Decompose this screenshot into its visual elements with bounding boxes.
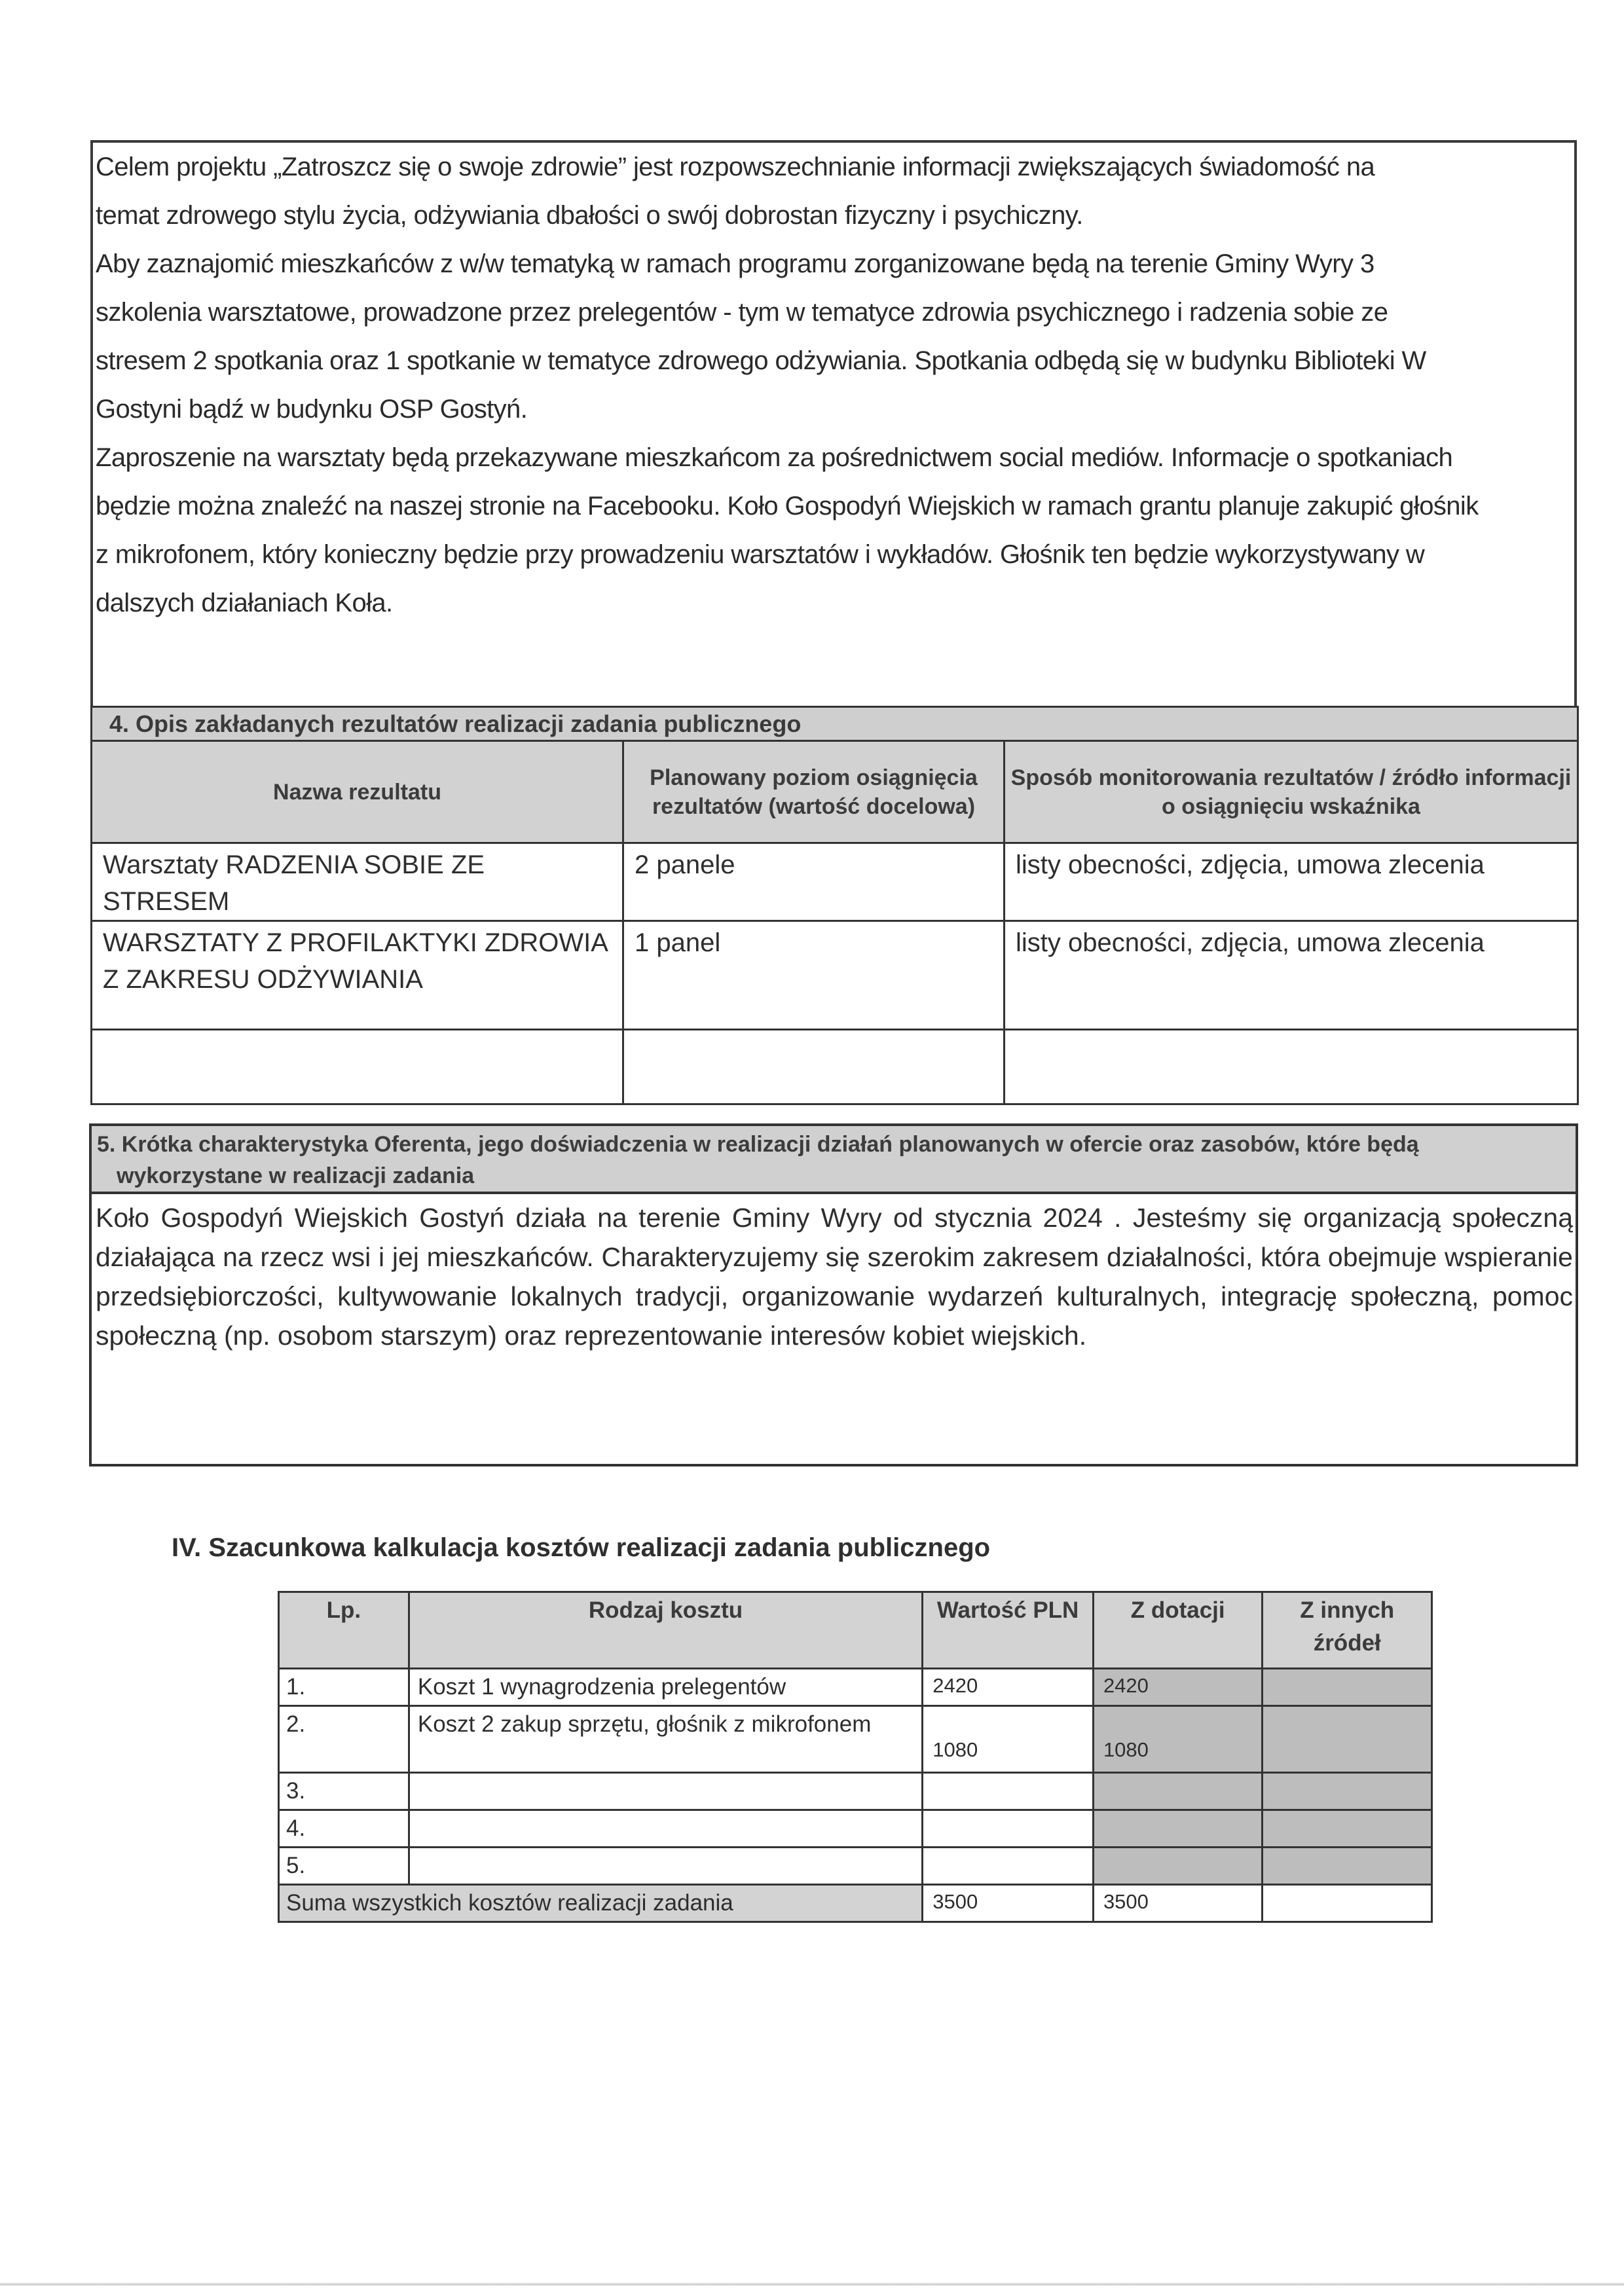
cost-grant bbox=[1093, 1810, 1263, 1848]
result-name bbox=[92, 1030, 623, 1104]
section-5-title-line1: 5. Krótka charakterystyka Oferenta, jego… bbox=[97, 1132, 1419, 1157]
table-row: 4. bbox=[279, 1810, 1432, 1848]
description-line: stresem 2 spotkania oraz 1 spotkanie w t… bbox=[93, 337, 1574, 385]
cost-section-title: IV. Szacunkowa kalkulacja kosztów realiz… bbox=[172, 1533, 990, 1563]
total-label: Suma wszystkich kosztów realizacji zadan… bbox=[279, 1885, 923, 1922]
cost-grant bbox=[1093, 1848, 1263, 1885]
cost-grant: 1080 bbox=[1093, 1706, 1263, 1773]
header-other-sources: Z innych źródeł bbox=[1263, 1592, 1432, 1669]
section-4-title: 4. Opis zakładanych rezultatów realizacj… bbox=[92, 707, 1578, 741]
cost-type: Koszt 2 zakup sprzętu, głośnik z mikrofo… bbox=[409, 1706, 922, 1773]
description-line: będzie można znaleźć na naszej stronie n… bbox=[93, 482, 1574, 530]
cost-value: 1080 bbox=[923, 1706, 1094, 1773]
cost-table: Lp. Rodzaj kosztu Wartość PLN Z dotacji … bbox=[278, 1591, 1433, 1923]
cost-lp: 3. bbox=[279, 1773, 409, 1810]
cost-lp: 2. bbox=[279, 1706, 409, 1773]
result-level: 1 panel bbox=[623, 921, 1005, 1030]
result-monitoring: listy obecności, zdjęcia, umowa zlecenia bbox=[1005, 843, 1578, 921]
results-table: 4. Opis zakładanych rezultatów realizacj… bbox=[90, 706, 1579, 1105]
result-monitoring: listy obecności, zdjęcia, umowa zlecenia bbox=[1005, 921, 1578, 1030]
cost-other bbox=[1263, 1773, 1432, 1810]
cost-lp: 4. bbox=[279, 1810, 409, 1848]
header-result-name: Nazwa rezultatu bbox=[92, 741, 623, 843]
result-monitoring bbox=[1005, 1030, 1578, 1104]
result-level bbox=[623, 1030, 1005, 1104]
cost-other bbox=[1263, 1848, 1432, 1885]
section-5-title-line2: wykorzystane w realizacji zadania bbox=[97, 1160, 1576, 1192]
header-cost-type: Rodzaj kosztu bbox=[409, 1592, 922, 1669]
cost-lp: 5. bbox=[279, 1848, 409, 1885]
cost-type bbox=[409, 1810, 922, 1848]
description-line: dalszych działaniach Koła. bbox=[93, 579, 1574, 627]
cost-value: 2420 bbox=[923, 1669, 1094, 1706]
section-5-title: 5. Krótka charakterystyka Oferenta, jego… bbox=[92, 1126, 1576, 1194]
description-line: z mikrofonem, który konieczny będzie prz… bbox=[93, 530, 1574, 579]
header-lp: Lp. bbox=[279, 1592, 409, 1669]
table-row: 3. bbox=[279, 1773, 1432, 1810]
cost-value bbox=[923, 1810, 1094, 1848]
cost-other bbox=[1263, 1810, 1432, 1848]
table-row: WARSZTATY Z PROFILAKTYKI ZDROWIA Z ZAKRE… bbox=[92, 921, 1578, 1030]
table-row: 1. Koszt 1 wynagrodzenia prelegentów 242… bbox=[279, 1669, 1432, 1706]
cost-lp: 1. bbox=[279, 1669, 409, 1706]
cost-grant: 2420 bbox=[1093, 1669, 1263, 1706]
description-line: Celem projektu „Zatroszcz się o swoje zd… bbox=[93, 143, 1574, 191]
cost-value bbox=[923, 1773, 1094, 1810]
description-line: szkolenia warsztatowe, prowadzone przez … bbox=[93, 288, 1574, 337]
total-other bbox=[1263, 1885, 1432, 1922]
cost-type bbox=[409, 1773, 922, 1810]
description-line: Gostyni bądź w budynku OSP Gostyń. bbox=[93, 385, 1574, 433]
result-name: Warsztaty RADZENIA SOBIE ZE STRESEM bbox=[92, 843, 623, 921]
cost-value bbox=[923, 1848, 1094, 1885]
result-level: 2 panele bbox=[623, 843, 1005, 921]
cost-other bbox=[1263, 1669, 1432, 1706]
header-value-pln: Wartość PLN bbox=[923, 1592, 1094, 1669]
result-name: WARSZTATY Z PROFILAKTYKI ZDROWIA Z ZAKRE… bbox=[92, 921, 623, 1030]
cost-other bbox=[1263, 1706, 1432, 1773]
header-from-grant: Z dotacji bbox=[1093, 1592, 1263, 1669]
table-row: Warsztaty RADZENIA SOBIE ZE STRESEM 2 pa… bbox=[92, 843, 1578, 921]
offeror-characteristics-box: 5. Krótka charakterystyka Oferenta, jego… bbox=[89, 1123, 1578, 1467]
total-row: Suma wszystkich kosztów realizacji zadan… bbox=[279, 1885, 1432, 1922]
section-5-body: Koło Gospodyń Wiejskich Gostyń działa na… bbox=[92, 1194, 1576, 1355]
cost-grant bbox=[1093, 1773, 1263, 1810]
description-line: temat zdrowego stylu życia, odżywiania d… bbox=[93, 191, 1574, 240]
header-monitoring-method: Sposób monitorowania rezultatów / źródło… bbox=[1005, 741, 1578, 843]
total-grant: 3500 bbox=[1093, 1885, 1263, 1922]
header-planned-level: Planowany poziom osiągnięcia rezultatów … bbox=[623, 741, 1005, 843]
total-value: 3500 bbox=[923, 1885, 1094, 1922]
description-line: Zaproszenie na warsztaty będą przekazywa… bbox=[93, 433, 1574, 482]
project-description-box: Celem projektu „Zatroszcz się o swoje zd… bbox=[90, 140, 1577, 708]
page-bottom-edge bbox=[0, 2283, 1624, 2286]
description-line: Aby zaznajomić mieszkańców z w/w tematyk… bbox=[93, 240, 1574, 288]
table-row: 5. bbox=[279, 1848, 1432, 1885]
cost-type bbox=[409, 1848, 922, 1885]
cost-type: Koszt 1 wynagrodzenia prelegentów bbox=[409, 1669, 922, 1706]
table-row: 2. Koszt 2 zakup sprzętu, głośnik z mikr… bbox=[279, 1706, 1432, 1773]
table-row bbox=[92, 1030, 1578, 1104]
